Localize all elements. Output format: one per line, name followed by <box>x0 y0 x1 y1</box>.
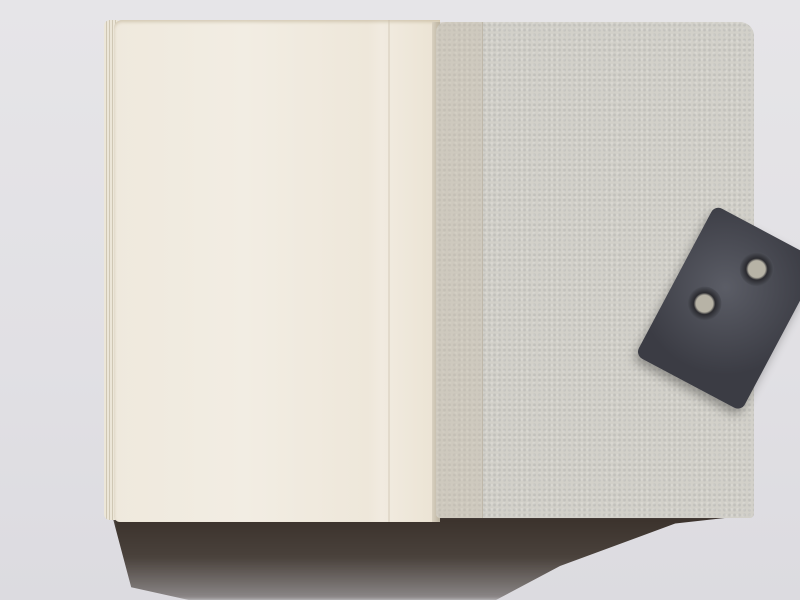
book-shadow <box>112 515 752 600</box>
object-hole <box>734 246 780 292</box>
object-hole <box>681 281 727 327</box>
cover-spine-band <box>436 22 483 518</box>
page-fold-line <box>388 20 390 522</box>
left-blank-page <box>114 20 440 522</box>
